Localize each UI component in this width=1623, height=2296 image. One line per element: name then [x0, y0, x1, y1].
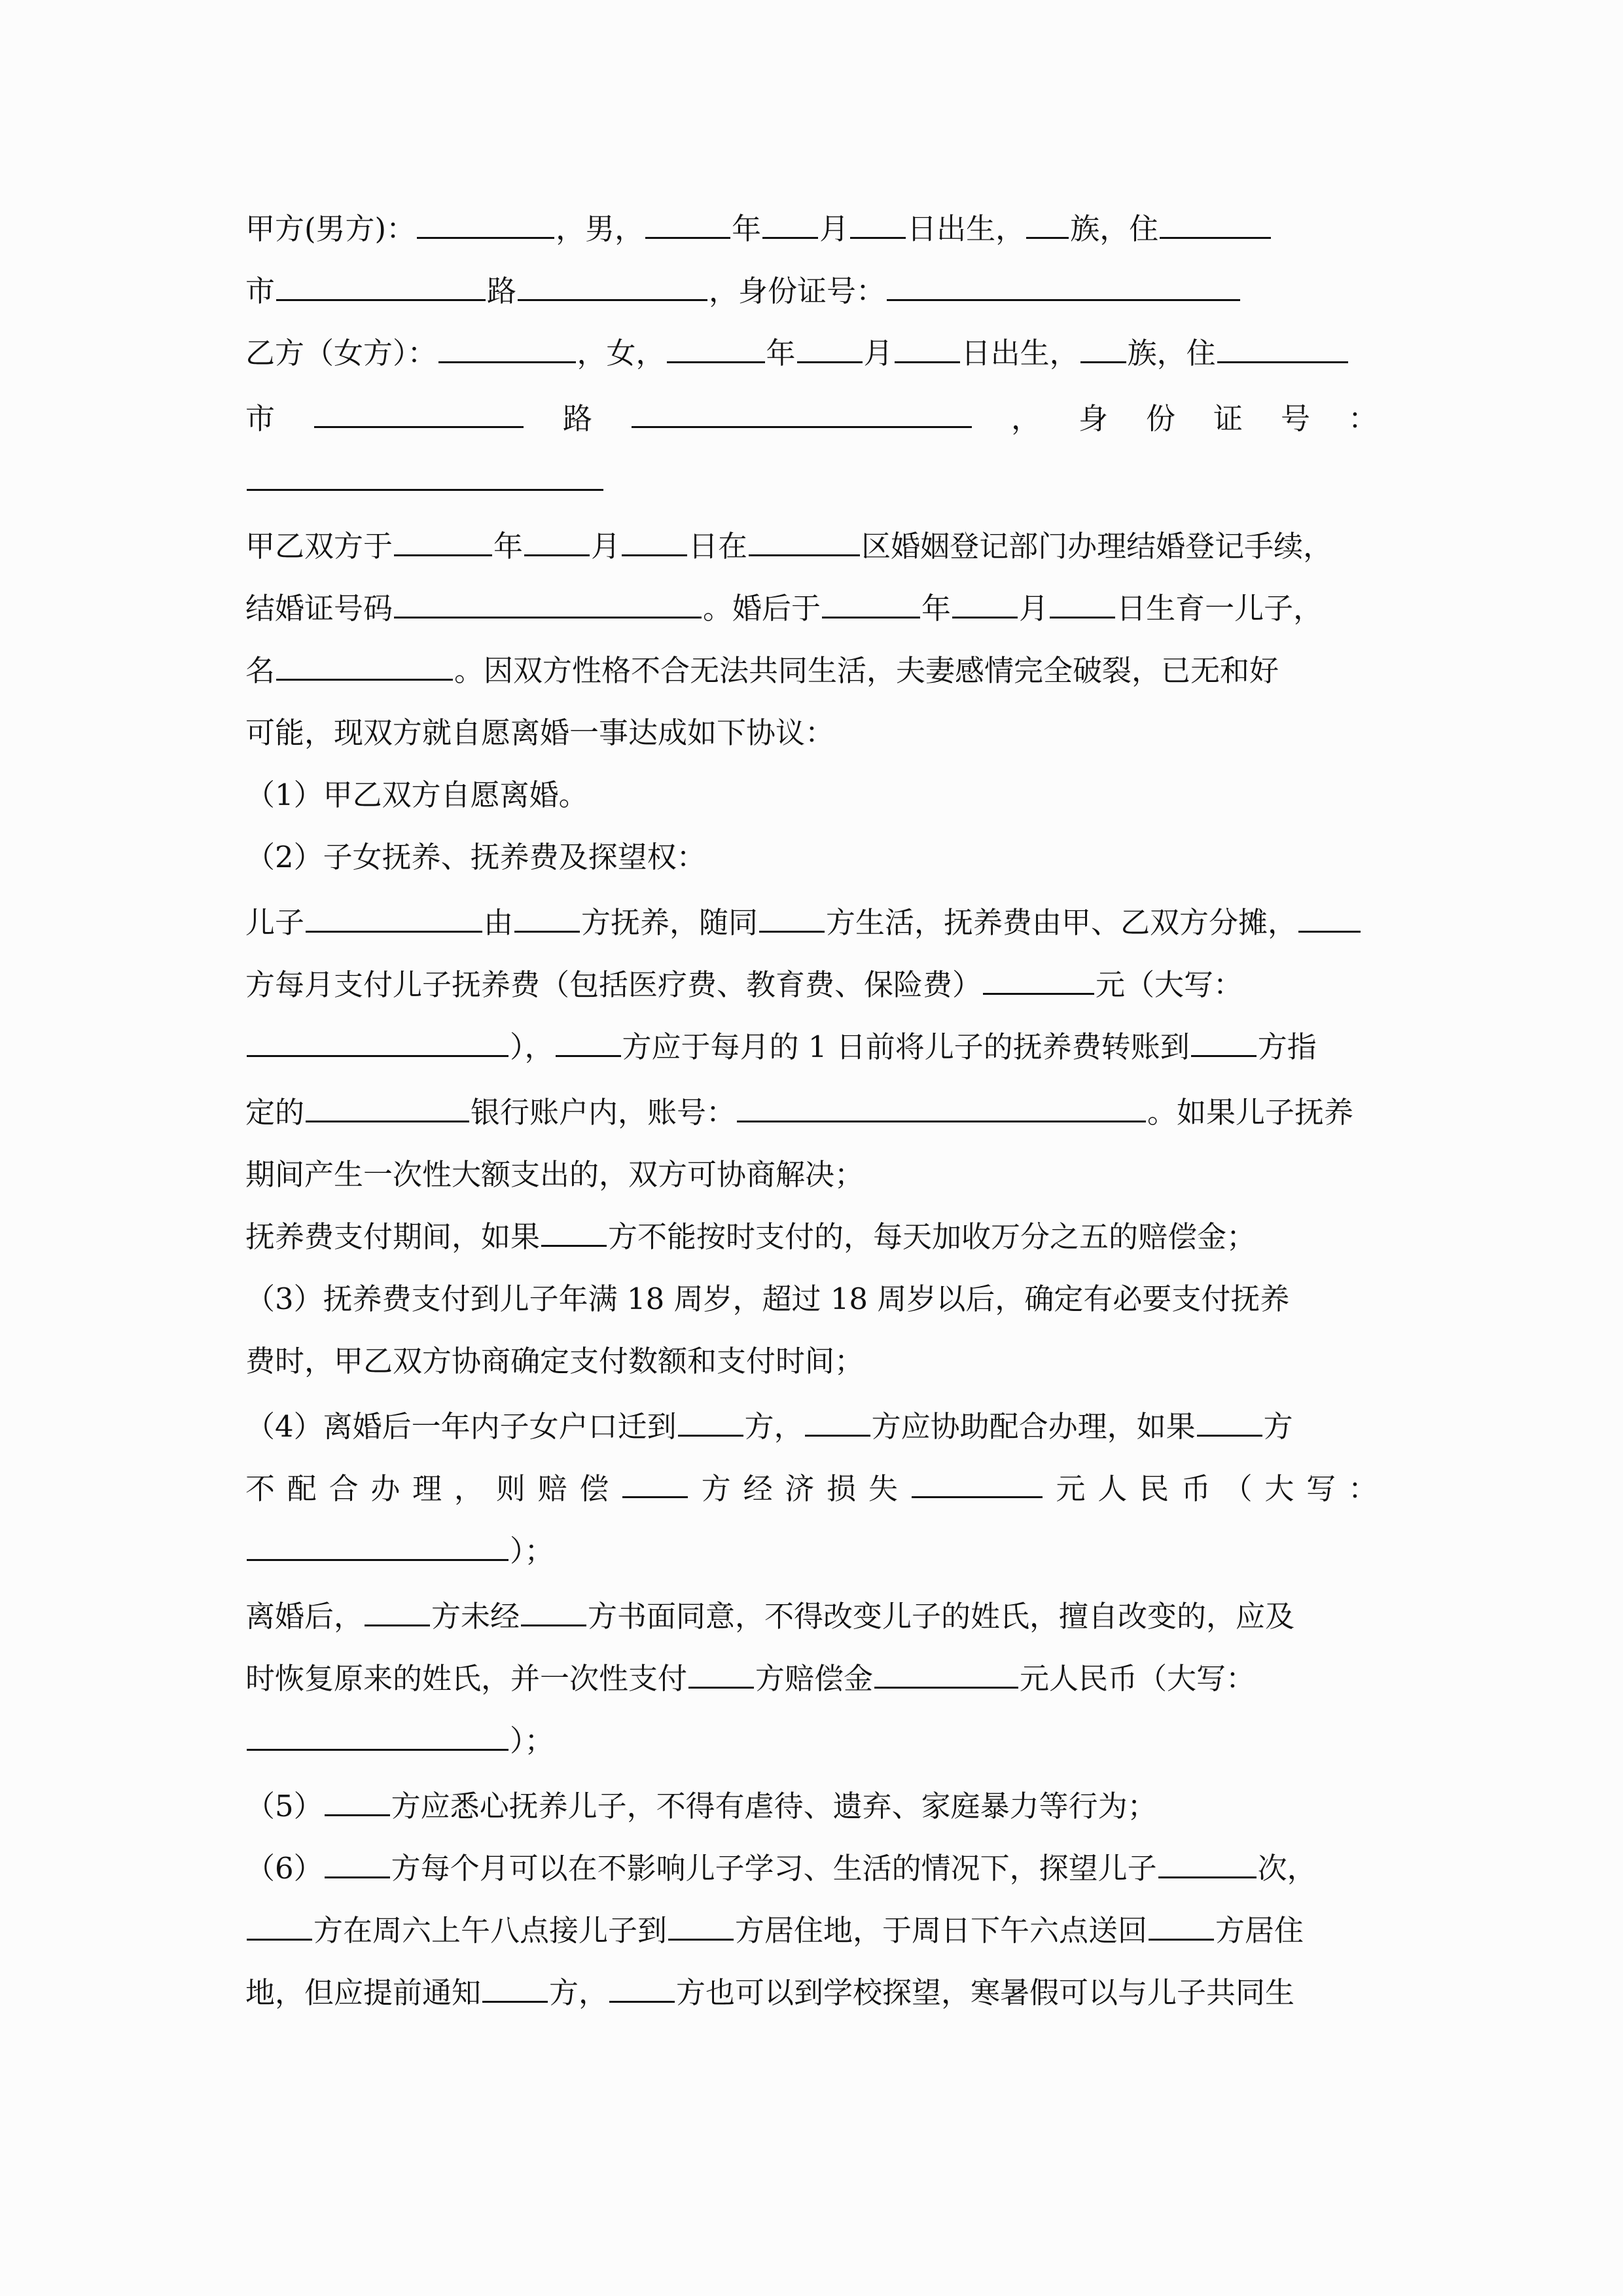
- text-line: 结婚证号码。婚后于年月日生育一儿子，: [245, 589, 1378, 628]
- text-segment: 写: [1306, 1469, 1336, 1509]
- text-segment: 费时，甲乙双方协商确定支付数额和支付时间；: [245, 1342, 864, 1381]
- fill-in-blank[interactable]: [895, 334, 960, 363]
- fill-in-blank[interactable]: [983, 966, 1094, 995]
- text-segment: 不: [245, 1469, 275, 1509]
- fill-in-blank[interactable]: [645, 210, 730, 239]
- fill-in-blank[interactable]: [247, 1912, 312, 1941]
- text-segment: 地，但应提前通知: [245, 1973, 481, 2013]
- fill-in-blank[interactable]: [325, 1787, 390, 1816]
- fill-in-blank[interactable]: [850, 210, 906, 239]
- text-segment: 民: [1139, 1469, 1169, 1509]
- text-segment: 日生育一儿子，: [1116, 589, 1323, 628]
- text-segment: 方赔偿金: [755, 1659, 873, 1698]
- fill-in-blank[interactable]: [1158, 1850, 1257, 1878]
- fill-in-blank[interactable]: [1298, 904, 1361, 933]
- text-segment: 方居住: [1215, 1911, 1304, 1950]
- fill-in-blank[interactable]: [247, 462, 603, 491]
- text-segment: 方抚养，随同: [581, 903, 758, 942]
- fill-in-blank[interactable]: [1050, 590, 1115, 619]
- fill-in-blank[interactable]: [417, 210, 554, 239]
- text-line: [245, 461, 1378, 501]
- text-line: 市路，身份证号：: [245, 399, 1378, 439]
- fill-in-blank[interactable]: [276, 272, 486, 301]
- fill-in-blank[interactable]: [762, 210, 818, 239]
- text-segment: ，身份证号：: [709, 272, 885, 311]
- text-segment: ：: [1348, 1469, 1378, 1509]
- text-line: 甲方(男方)：，男，年月日出生，族，住: [245, 209, 1378, 249]
- text-segment: 元: [1056, 1469, 1085, 1509]
- text-segment: 。因双方性格不合无法共同生活，夫妻感情完全破裂，已无和好: [454, 651, 1279, 691]
- text-segment: 方应于每月的 1 日前将儿子的抚养费转账到: [622, 1028, 1190, 1067]
- fill-in-blank[interactable]: [749, 528, 860, 556]
- fill-in-blank[interactable]: [668, 1912, 734, 1941]
- text-segment: 偿: [579, 1469, 609, 1509]
- fill-in-blank[interactable]: [276, 652, 453, 681]
- text-segment: 方应协助配合办理，如果: [872, 1407, 1196, 1446]
- text-segment: 元（大写：: [1096, 965, 1243, 1005]
- text-line: （6）方每个月可以在不影响儿子学习、生活的情况下，探望儿子次，: [245, 1849, 1378, 1888]
- text-segment: 。婚后于: [703, 589, 821, 628]
- fill-in-blank[interactable]: [1217, 334, 1348, 363]
- text-segment: 乙方（女方）：: [245, 334, 437, 373]
- fill-in-blank[interactable]: [632, 399, 972, 428]
- text-segment: 方居住地，于周日下午六点送回: [735, 1911, 1147, 1950]
- text-segment: 由: [484, 903, 513, 942]
- fill-in-blank[interactable]: [394, 590, 702, 619]
- text-segment: 方书面同意，不得改变儿子的姓氏，擅自改变的，应及: [588, 1597, 1294, 1636]
- text-segment: 证: [1213, 399, 1243, 439]
- text-segment: ：: [1348, 399, 1378, 439]
- text-segment: 方，: [745, 1407, 804, 1446]
- text-line: （4）离婚后一年内子女户口迁到方，方应协助配合办理，如果方: [245, 1407, 1378, 1446]
- fill-in-blank[interactable]: [678, 1408, 743, 1437]
- text-segment: 日出生，: [961, 334, 1079, 373]
- text-line: 不配合办理，则赔偿方经济损失元人民币（大写：: [245, 1469, 1378, 1509]
- text-line: （3）抚养费支付到儿子年满 18 周岁，超过 18 周岁以后，确定有必要支付抚养: [245, 1280, 1378, 1319]
- fill-in-blank[interactable]: [524, 528, 590, 556]
- fill-in-blank[interactable]: [1080, 334, 1126, 363]
- text-line: 离婚后，方未经方书面同意，不得改变儿子的姓氏，擅自改变的，应及: [245, 1597, 1378, 1636]
- text-segment: （: [1223, 1469, 1253, 1509]
- text-segment: 方应悉心抚养儿子，不得有虐待、遗弃、家庭暴力等行为；: [391, 1787, 1157, 1826]
- text-segment: 族，住: [1070, 209, 1158, 249]
- text-segment: （4）离婚后一年内子女户口迁到: [245, 1407, 677, 1446]
- text-segment: ），: [510, 1028, 554, 1067]
- text-segment: 大: [1264, 1469, 1294, 1509]
- text-segment: 月: [1019, 589, 1048, 628]
- fill-in-blank[interactable]: [1026, 210, 1069, 239]
- fill-in-blank[interactable]: [247, 1532, 508, 1561]
- text-line: 甲乙双方于年月日在区婚姻登记部门办理结婚登记手续，: [245, 527, 1378, 566]
- text-line: 时恢复原来的姓氏，并一次性支付方赔偿金元人民币（大写：: [245, 1659, 1378, 1698]
- text-line: 地，但应提前通知方，方也可以到学校探望，寒暑假可以与儿子共同生: [245, 1973, 1378, 2013]
- text-segment: ，女，: [577, 334, 666, 373]
- text-segment: 抚养费支付期间，如果: [245, 1217, 540, 1257]
- text-segment: 可能，现双方就自愿离婚一事达成如下协议：: [245, 713, 834, 753]
- text-segment: 路: [563, 399, 592, 439]
- text-segment: 甲方(男方)：: [245, 209, 416, 249]
- text-line: （1）甲乙双方自愿离婚。: [245, 776, 1378, 815]
- fill-in-blank[interactable]: [1197, 1408, 1262, 1437]
- text-segment: ，男，: [556, 209, 644, 249]
- text-segment: 路: [487, 272, 516, 311]
- fill-in-blank[interactable]: [556, 1028, 621, 1057]
- fill-in-blank[interactable]: [394, 528, 492, 556]
- fill-in-blank[interactable]: [521, 1598, 586, 1626]
- text-segment: 配: [287, 1469, 317, 1509]
- text-segment: 甲乙双方于: [245, 527, 393, 566]
- text-segment: （6）: [245, 1849, 323, 1888]
- fill-in-blank[interactable]: [805, 1408, 870, 1437]
- text-segment: 方未经: [431, 1597, 520, 1636]
- text-line: 可能，现双方就自愿离婚一事达成如下协议：: [245, 713, 1378, 753]
- text-segment: （3）抚养费支付到儿子年满 18 周岁，超过 18 周岁以后，确定有必要支付抚养: [245, 1280, 1289, 1319]
- text-segment: 人: [1097, 1469, 1127, 1509]
- text-segment: 离婚后，: [245, 1597, 363, 1636]
- text-segment: 名: [245, 651, 275, 691]
- fill-in-blank[interactable]: [1160, 210, 1271, 239]
- text-line: 方每月支付儿子抚养费（包括医疗费、教育费、保险费）元（大写：: [245, 965, 1378, 1005]
- text-segment: 时恢复原来的姓氏，并一次性支付: [245, 1659, 687, 1698]
- fill-in-blank[interactable]: [306, 1094, 469, 1122]
- text-line: 方在周六上午八点接儿子到方居住地，于周日下午六点送回方居住: [245, 1911, 1378, 1950]
- fill-in-blank[interactable]: [688, 1660, 754, 1689]
- text-line: 定的银行账户内，账号：。如果儿子抚养: [245, 1093, 1378, 1132]
- text-segment: 方不能按时支付的，每天加收万分之五的赔偿金；: [608, 1217, 1256, 1257]
- text-segment: 赔: [537, 1469, 567, 1509]
- text-segment: 经: [743, 1469, 773, 1509]
- text-line: ）；: [245, 1721, 1378, 1761]
- text-segment: 合: [329, 1469, 359, 1509]
- text-line: 费时，甲乙双方协商确定支付数额和支付时间；: [245, 1342, 1378, 1381]
- text-segment: 方: [1264, 1407, 1293, 1446]
- text-line: （2）子女抚养、抚养费及探望权：: [245, 838, 1378, 877]
- text-segment: 济: [785, 1469, 814, 1509]
- fill-in-blank[interactable]: [1191, 1028, 1257, 1057]
- text-segment: 市: [245, 272, 275, 311]
- text-segment: （5）: [245, 1787, 323, 1826]
- text-segment: ，: [1011, 399, 1041, 439]
- fill-in-blank[interactable]: [247, 1028, 508, 1057]
- fill-in-blank[interactable]: [822, 590, 920, 619]
- text-segment: 则: [496, 1469, 526, 1509]
- text-segment: 方也可以到学校探望，寒暑假可以与儿子共同生: [676, 1973, 1294, 2013]
- text-segment: 身: [1079, 399, 1108, 439]
- text-line: ）；: [245, 1532, 1378, 1571]
- text-segment: （2）子女抚养、抚养费及探望权：: [245, 838, 706, 877]
- text-segment: 年: [493, 527, 523, 566]
- text-segment: （1）甲乙双方自愿离婚。: [245, 776, 588, 815]
- fill-in-blank[interactable]: [622, 528, 687, 556]
- text-segment: 方每个月可以在不影响儿子学习、生活的情况下，探望儿子: [391, 1849, 1157, 1888]
- fill-in-blank[interactable]: [797, 334, 863, 363]
- fill-in-blank[interactable]: [737, 1094, 1146, 1122]
- text-segment: 方在周六上午八点接儿子到: [313, 1911, 667, 1950]
- text-segment: 币: [1181, 1469, 1211, 1509]
- text-segment: ，: [454, 1469, 484, 1509]
- text-segment: 损: [827, 1469, 856, 1509]
- text-segment: 月: [591, 527, 620, 566]
- text-segment: 月: [819, 209, 849, 249]
- text-segment: 方指: [1258, 1028, 1317, 1067]
- fill-in-blank[interactable]: [541, 1218, 607, 1247]
- fill-in-blank[interactable]: [306, 904, 482, 933]
- text-line: 抚养费支付期间，如果方不能按时支付的，每天加收万分之五的赔偿金；: [245, 1217, 1378, 1257]
- text-segment: 元人民币（大写：: [1020, 1659, 1255, 1698]
- document-page: 甲方(男方)：，男，年月日出生，族，住市路，身份证号：乙方（女方）：，女，年月日…: [0, 0, 1623, 2296]
- fill-in-blank[interactable]: [325, 1850, 390, 1878]
- text-segment: 失: [868, 1469, 898, 1509]
- fill-in-blank[interactable]: [759, 904, 825, 933]
- text-line: ），方应于每月的 1 日前将儿子的抚养费转账到方指: [245, 1028, 1378, 1067]
- text-segment: 定的: [245, 1093, 304, 1132]
- text-segment: 年: [921, 589, 951, 628]
- text-segment: 银行账户内，账号：: [471, 1093, 736, 1132]
- text-segment: 日在: [688, 527, 747, 566]
- text-segment: 年: [766, 334, 796, 373]
- text-segment: 方每月支付儿子抚养费（包括医疗费、教育费、保险费）: [245, 965, 982, 1005]
- text-line: 儿子由方抚养，随同方生活，抚养费由甲、乙双方分摊，: [245, 903, 1378, 942]
- text-segment: 期间产生一次性大额支出的，双方可协商解决；: [245, 1155, 864, 1194]
- text-segment: 结婚证号码: [245, 589, 393, 628]
- text-segment: 次，: [1258, 1849, 1317, 1888]
- fill-in-blank[interactable]: [514, 904, 580, 933]
- text-segment: 理: [412, 1469, 442, 1509]
- text-segment: 月: [864, 334, 893, 373]
- text-segment: 区婚姻登记部门办理结婚登记手续，: [861, 527, 1332, 566]
- text-segment: 方，: [549, 1973, 608, 2013]
- text-segment: ）；: [510, 1721, 554, 1761]
- fill-in-blank[interactable]: [609, 1974, 675, 2003]
- text-line: 乙方（女方）：，女，年月日出生，族，住: [245, 334, 1378, 373]
- fill-in-blank[interactable]: [518, 272, 707, 301]
- text-segment: ）；: [510, 1532, 554, 1571]
- text-line: 名。因双方性格不合无法共同生活，夫妻感情完全破裂，已无和好: [245, 651, 1378, 691]
- text-segment: 族，住: [1128, 334, 1216, 373]
- fill-in-blank[interactable]: [912, 1469, 1043, 1498]
- fill-in-blank[interactable]: [1149, 1912, 1214, 1941]
- fill-in-blank[interactable]: [482, 1974, 548, 2003]
- text-segment: 方: [702, 1469, 731, 1509]
- fill-in-blank[interactable]: [314, 399, 524, 428]
- text-segment: 办: [370, 1469, 400, 1509]
- fill-in-blank[interactable]: [365, 1598, 430, 1626]
- text-line: 期间产生一次性大额支出的，双方可协商解决；: [245, 1155, 1378, 1194]
- fill-in-blank[interactable]: [247, 1722, 508, 1751]
- fill-in-blank[interactable]: [438, 334, 576, 363]
- text-segment: 份: [1146, 399, 1175, 439]
- fill-in-blank[interactable]: [667, 334, 765, 363]
- fill-in-blank[interactable]: [622, 1469, 688, 1498]
- text-segment: 。如果儿子抚养: [1147, 1093, 1353, 1132]
- text-segment: 市: [245, 399, 275, 439]
- text-line: （5）方应悉心抚养儿子，不得有虐待、遗弃、家庭暴力等行为；: [245, 1787, 1378, 1826]
- text-segment: 儿子: [245, 903, 304, 942]
- text-segment: 年: [732, 209, 761, 249]
- text-line: 市路，身份证号：: [245, 272, 1378, 311]
- text-segment: 方生活，抚养费由甲、乙双方分摊，: [826, 903, 1297, 942]
- fill-in-blank[interactable]: [887, 272, 1240, 301]
- fill-in-blank[interactable]: [874, 1660, 1018, 1689]
- fill-in-blank[interactable]: [952, 590, 1018, 619]
- text-segment: 日出生，: [907, 209, 1025, 249]
- text-segment: 号: [1281, 399, 1310, 439]
